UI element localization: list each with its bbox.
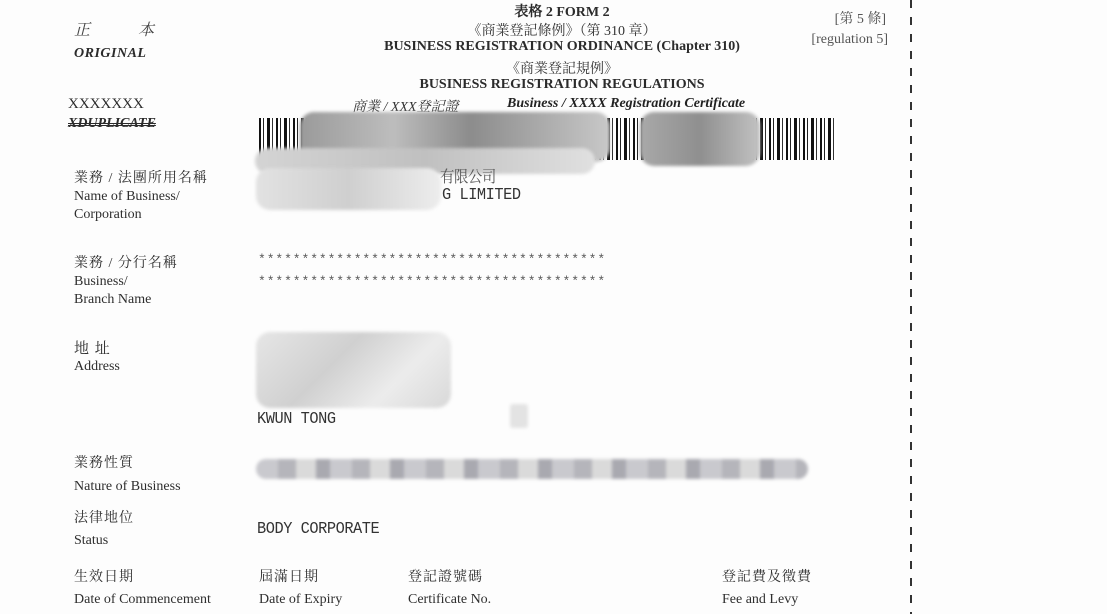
address-label-zh: 地 址 <box>74 340 111 358</box>
original-zh: 正 本 <box>74 17 176 40</box>
certificate-no-label-zh: 登記證號碼 <box>408 569 483 587</box>
duplicate-en-struck: XDUPLICATE <box>68 116 156 132</box>
address-label-en: Address <box>74 358 120 376</box>
redaction-block <box>256 459 808 479</box>
address-value-district: KWUN TONG <box>257 410 336 429</box>
nature-label-zh: 業務性質 <box>74 455 134 473</box>
business-name-label-en-1: Name of Business/ <box>74 188 180 206</box>
ordinance-en: BUSINESS REGISTRATION ORDINANCE (Chapter… <box>312 39 812 55</box>
fee-label-en: Fee and Levy <box>722 591 798 609</box>
redaction-block <box>510 404 528 428</box>
regulations-en: BUSINESS REGISTRATION REGULATIONS <box>312 77 812 93</box>
status-value: BODY CORPORATE <box>257 520 379 539</box>
branch-name-value-line-2: **************************************** <box>258 274 606 289</box>
redaction-block <box>256 168 441 210</box>
duplicate-zh-struck: XXXXXXX <box>68 96 144 113</box>
status-label-en: Status <box>74 532 108 550</box>
perforation-line <box>910 0 912 614</box>
regulations-zh: 《商業登記規例》 <box>312 58 812 78</box>
business-name-value-zh: 有限公司 <box>440 164 496 187</box>
regulation-ref-zh: [第 5 條] <box>835 8 886 28</box>
branch-name-label-zh: 業務 / 分行名稱 <box>74 255 178 273</box>
nature-label-en: Nature of Business <box>74 478 181 496</box>
expiry-label-zh: 屆滿日期 <box>259 569 319 587</box>
form-label: 表格 2 FORM 2 <box>312 1 812 21</box>
certificate-title-en: Business / XXXX Registration Certificate <box>507 96 745 112</box>
commencement-label-en: Date of Commencement <box>74 591 211 609</box>
redaction-block <box>256 332 451 408</box>
business-name-label-en-2: Corporation <box>74 206 142 224</box>
certificate-no-label-en: Certificate No. <box>408 591 491 609</box>
business-name-label-zh: 業務 / 法團所用名稱 <box>74 170 208 188</box>
business-name-value-en: G LIMITED <box>442 186 521 205</box>
branch-name-label-en-2: Branch Name <box>74 291 151 309</box>
commencement-label-zh: 生效日期 <box>74 569 134 587</box>
branch-name-value-line-1: **************************************** <box>258 252 606 267</box>
branch-name-label-en-1: Business/ <box>74 273 128 291</box>
regulation-ref-en: [regulation 5] <box>811 32 888 48</box>
ordinance-zh: 《商業登記條例》（第 310 章） <box>312 20 812 40</box>
status-label-zh: 法律地位 <box>74 510 134 528</box>
fee-label-zh: 登記費及徵費 <box>722 569 812 587</box>
expiry-label-en: Date of Expiry <box>259 591 342 609</box>
original-en: ORIGINAL <box>74 46 146 62</box>
redaction-block <box>640 112 760 166</box>
